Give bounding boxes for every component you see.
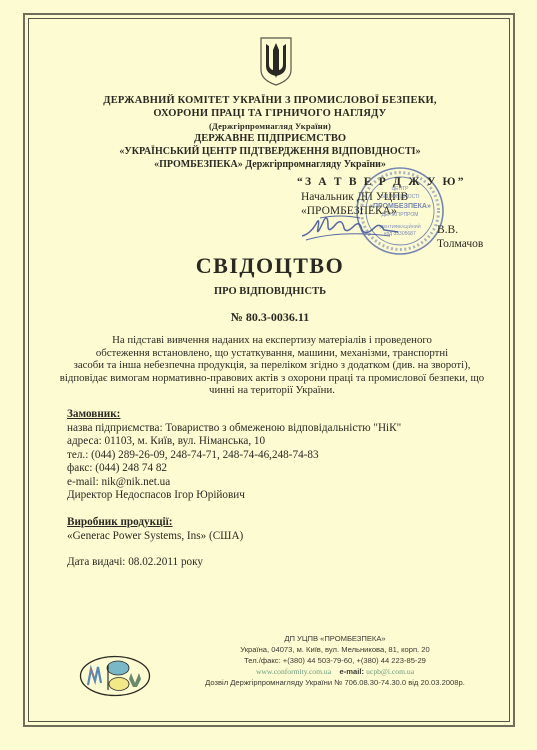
certificate-body: На підставі вивчення наданих на експерти…: [56, 334, 488, 397]
ucpv-logo-icon: [79, 655, 151, 697]
customer-phone: тел.: (044) 289-26-09, 248-74-71, 248-74…: [67, 449, 477, 463]
body-line-5: чинні на території України.: [56, 384, 488, 397]
footer-org: ДП УЦПВ «ПРОМБЕЗПЕКА»: [190, 633, 480, 644]
footer-links: www.conformity.com.ua e-mail: ucpb@i.com…: [190, 666, 480, 677]
issue-date: Дата видачі: 08.02.2011 року: [67, 556, 477, 570]
trident-emblem-icon: [258, 36, 294, 86]
producer-section: Виробник продукції: «Generac Power Syste…: [67, 516, 477, 543]
approval-signatory: В.В. Толмачов: [294, 223, 494, 252]
body-line-4: відповідає вимогам нормативно-правових а…: [56, 372, 488, 385]
body-line-1: На підставі вивчення наданих на експерти…: [56, 334, 488, 347]
body-line-3: засоби та інша небезпечна продукція, за …: [56, 359, 488, 372]
footer-website-link[interactable]: www.conformity.com.ua: [256, 667, 331, 676]
customer-fax: факс: (044) 248 74 82: [67, 462, 477, 476]
customer-label: Замовник:: [67, 408, 477, 422]
customer-name-row: назва підприємства: Товариство з обмежен…: [67, 422, 477, 436]
approval-organization: «ПРОМБЕЗПЕКА»: [294, 204, 494, 219]
enterprise-line-2: «УКРАЇНСЬКИЙ ЦЕНТР ПІДТВЕРДЖЕННЯ ВІДПОВІ…: [60, 145, 480, 158]
footer-email-link[interactable]: ucpb@i.com.ua: [366, 667, 414, 676]
customer-director: Директор Недоспасов Ігор Юрійович: [67, 489, 477, 503]
producer-label: Виробник продукції:: [67, 516, 477, 530]
customer-name-label: назва підприємства:: [67, 422, 163, 434]
customer-name-value: Товариство з обмеженою відповідальністю …: [163, 422, 402, 434]
customer-section: Замовник: назва підприємства: Товариство…: [67, 408, 477, 503]
customer-email: e-mail: nik@nik.net.ua: [67, 476, 477, 490]
footer-phones: Тел./факс: +(380) 44 503-79-60, +(380) 4…: [190, 655, 480, 666]
ministry-short-name: (Держгірпромнагляд України): [60, 120, 480, 132]
customer-address: адреса: 01103, м. Київ, вул. Німанська, …: [67, 435, 477, 449]
approval-position: Начальник ДП УЦПВ: [294, 190, 494, 205]
approval-heading: “З А Т В Е Р Д Ж У Ю”: [294, 175, 494, 190]
body-line-2: обстеження встановлено, що устаткування,…: [56, 347, 488, 360]
certificate-title: СВІДОЦТВО: [60, 253, 480, 279]
ministry-line-1: ДЕРЖАВНИЙ КОМІТЕТ УКРАЇНИ З ПРОМИСЛОВОЇ …: [60, 94, 480, 107]
approval-block: “З А Т В Е Р Д Ж У Ю” Начальник ДП УЦПВ …: [294, 175, 494, 252]
ministry-line-2: ОХОРОНИ ПРАЦІ ТА ГІРНИЧОГО НАГЛЯДУ: [60, 107, 480, 120]
certificate-subtitle: ПРО ВІДПОВІДНІСТЬ: [60, 286, 480, 297]
producer-value: «Generac Power Systems, Ins» (США): [67, 530, 477, 544]
footer-address: Україна, 04073, м. Київ, вул. Мельникова…: [190, 644, 480, 655]
issuer-footer: ДП УЦПВ «ПРОМБЕЗПЕКА» Україна, 04073, м.…: [190, 633, 480, 688]
footer-email-label: e-mail:: [340, 667, 364, 676]
footer-permit: Дозвіл Держгірпромнагляду України № 706.…: [190, 677, 480, 688]
ministry-header: ДЕРЖАВНИЙ КОМІТЕТ УКРАЇНИ З ПРОМИСЛОВОЇ …: [60, 94, 480, 132]
enterprise-line-1: ДЕРЖАВНЕ ПІДПРИЄМСТВО: [60, 132, 480, 145]
certificate-number: № 80.3-0036.11: [60, 310, 480, 325]
